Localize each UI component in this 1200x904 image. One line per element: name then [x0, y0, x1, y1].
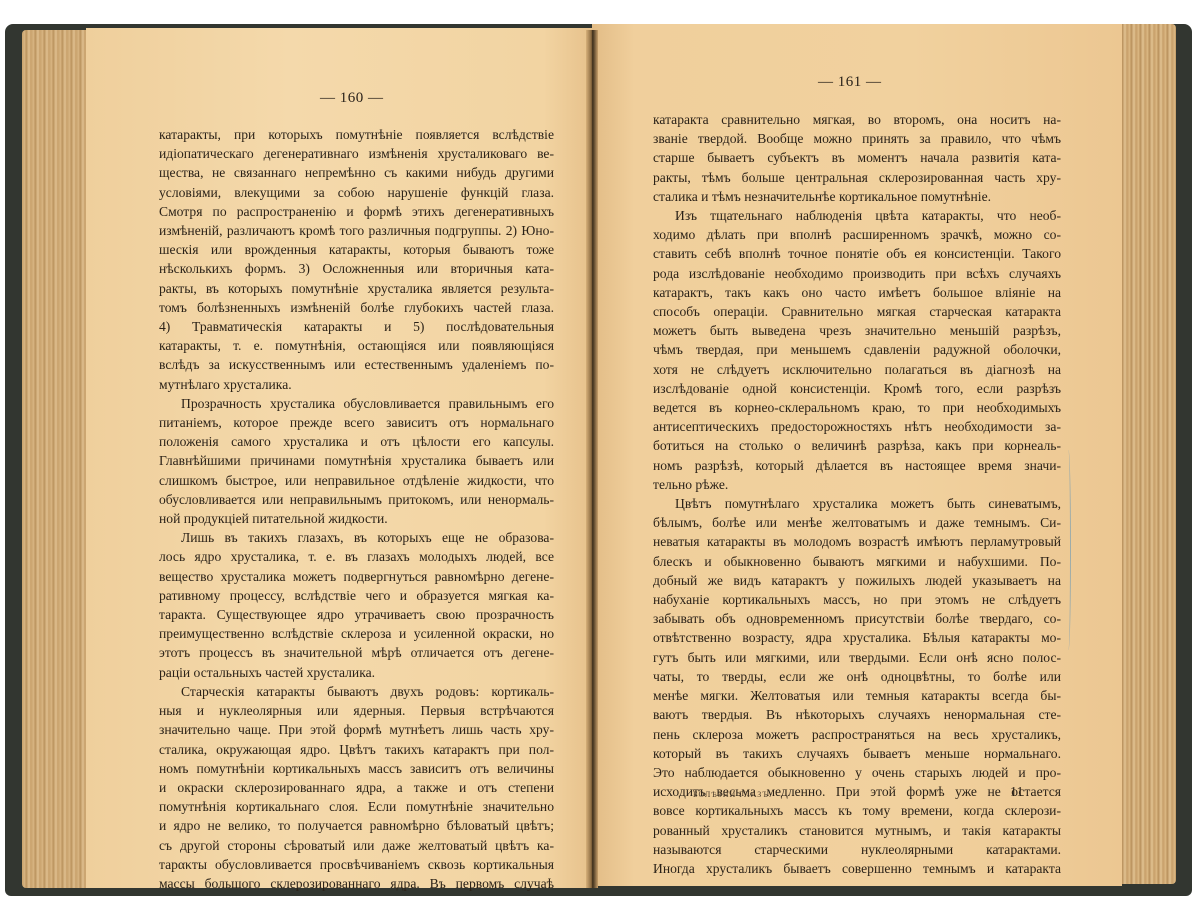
- text-line: старше бываетъ субъектъ въ моментъ начал…: [653, 148, 1061, 167]
- text-line: забывать объ одновременномъ присутствіи …: [653, 609, 1061, 628]
- text-line: гутъ быть или мягкими, или твердыми. Есл…: [653, 648, 1061, 667]
- text-line: рода изслѣдованіе необходимо производить…: [653, 264, 1061, 283]
- text-line: массы большого склерозированнаго ядра. В…: [159, 874, 554, 893]
- text-line: ботиться на столько о величинѣ разрѣза, …: [653, 436, 1061, 455]
- sheet-number: 11: [1010, 785, 1023, 801]
- text-line: и окраски склерозированнаго ядра, а такж…: [159, 778, 554, 797]
- text-line: Главнѣйшими причинами помутнѣнія хрустал…: [159, 451, 554, 470]
- text-line: номъ помутнѣніи кортикальныхъ массъ зави…: [159, 759, 554, 778]
- text-line: Цвѣтъ помутнѣлаго хрусталика можетъ быть…: [653, 494, 1061, 513]
- text-line: слишкомъ быстрое, или неправильное отдѣл…: [159, 471, 554, 490]
- text-line: называются старческими нуклеолярными кат…: [653, 840, 1061, 859]
- text-line: условіями, влекущими за собою нарушеніе …: [159, 183, 554, 202]
- left-page-body: катаракты, при которыхъ помутнѣніе появл…: [159, 125, 554, 893]
- text-line: бѣлымъ, болѣе или менѣе желтоватымъ и да…: [653, 513, 1061, 532]
- text-line: ведется въ корнео-склеральномъ краю, то …: [653, 398, 1061, 417]
- text-line: обусловливается или неправильнымъ приток…: [159, 490, 554, 509]
- text-line: тарακты обусловливается просвѣчиваніемъ …: [159, 855, 554, 874]
- text-line: пень склероза можетъ распространяться на…: [653, 725, 1061, 744]
- text-line: тельно рѣже.: [653, 475, 1061, 494]
- text-line: ныя и нуклеолярныя или ядерныя. Первыя в…: [159, 701, 554, 720]
- text-line: блескъ и обыкновенно бываютъ мягкими и н…: [653, 552, 1061, 571]
- text-line: ративному процессу, вслѣдствіе чего и об…: [159, 586, 554, 605]
- text-line: изслѣдованіе одной консистенціи. Кромѣ т…: [653, 379, 1061, 398]
- text-line: ходимо дѣлать при вполнѣ расширенномъ зр…: [653, 225, 1061, 244]
- text-line: званіе твердой. Вообще можно принять за …: [653, 129, 1061, 148]
- text-line: который въ такихъ случаяхъ бываетъ меньш…: [653, 744, 1061, 763]
- text-line: ставить себѣ вполнѣ точное понятіе объ е…: [653, 244, 1061, 263]
- text-line: катаракты, т. е. помутнѣнія, остающіяся …: [159, 336, 554, 355]
- text-line: Старческія катаракты бываютъ двухъ родов…: [159, 682, 554, 701]
- text-line: Лишь въ такихъ глазахъ, въ которыхъ еще …: [159, 528, 554, 547]
- text-line: набуханіе кортикальныхъ массъ, но при эт…: [653, 590, 1061, 609]
- text-line: менѣе мягки. Желтоватыя или темныя катар…: [653, 686, 1061, 705]
- text-line: идіопатическаго дегенеративнаго измѣнені…: [159, 144, 554, 163]
- text-line: Иногда хрусталикъ бываетъ совершенно тем…: [653, 859, 1061, 878]
- text-line: ракты, въ которыхъ помутнѣніе хрусталика…: [159, 279, 554, 298]
- pencil-margin-mark: [1066, 450, 1071, 650]
- right-page-body: катаракта сравнительно мягкая, во втором…: [653, 110, 1061, 878]
- text-line: и ядро не велико, то получается равномѣр…: [159, 816, 554, 835]
- text-line: добный же видъ катарактъ у пожилыхъ люде…: [653, 571, 1061, 590]
- text-line: положенія самого хрусталика и отъ цѣлост…: [159, 432, 554, 451]
- text-line: питаніемъ, которое прежде всего зависитъ…: [159, 413, 554, 432]
- text-line: ракты, тѣмъ больше центральная склерозир…: [653, 168, 1061, 187]
- text-line: катаракта сравнительно мягкая, во втором…: [653, 110, 1061, 129]
- text-line: вовсе кортикальныхъ массъ къ тому времен…: [653, 801, 1061, 820]
- text-line: помутнѣнія кортикальнаго слоя. Если пому…: [159, 797, 554, 816]
- text-line: измѣненій, различаютъ кромѣ того различн…: [159, 221, 554, 240]
- text-line: Это наблюдается обыкновенно у очень стар…: [653, 763, 1061, 782]
- text-line: Изъ тщательнаго наблюденія цвѣта катарак…: [653, 206, 1061, 225]
- text-line: номъ разрѣзѣ, который дѣлается въ настоя…: [653, 456, 1061, 475]
- text-line: ной продукціей питательной жидкости.: [159, 509, 554, 528]
- text-line: отвѣтственно возрасту, ядра хрусталика. …: [653, 628, 1061, 647]
- text-line: вслѣдъ за искусственнымъ или естественны…: [159, 355, 554, 374]
- text-line: лось ядро хрусталика, т. е. въ глазахъ м…: [159, 547, 554, 566]
- text-line: ваютъ твердыя. Въ нѣкоторыхъ случаяхъ не…: [653, 705, 1061, 724]
- text-line: таракта. Существующее ядро утрачиваетъ с…: [159, 605, 554, 624]
- text-line: щества, не связаннаго непремѣнно съ каки…: [159, 163, 554, 182]
- text-line: способъ операціи. Сравнительно мягкая ст…: [653, 302, 1061, 321]
- text-line: значительно чаще. При этой формѣ мутнѣет…: [159, 720, 554, 739]
- text-line: катаракты, при которыхъ помутнѣніе появл…: [159, 125, 554, 144]
- text-line: чѣмъ твердая, при меньшемъ сдавленіи рад…: [653, 340, 1061, 359]
- text-line: этотъ процессъ въ значительной мѣрѣ отли…: [159, 643, 554, 662]
- text-line: хотя не слѣдуетъ исключительно полагатьс…: [653, 360, 1061, 379]
- right-page-number: — 161 —: [818, 74, 882, 91]
- right-page-edges: [1118, 24, 1176, 884]
- text-line: сталика и тѣмъ незначительнѣе кортикальн…: [653, 187, 1061, 206]
- text-line: неватыя катаракты въ молодомъ возрастѣ и…: [653, 532, 1061, 551]
- text-line: 4) Травматическія катаракты и 5) послѣдо…: [159, 317, 554, 336]
- text-line: катарактъ, такъ какъ оно часто имѣетъ бо…: [653, 283, 1061, 302]
- text-line: Смотря по распространенію и формѣ этихъ …: [159, 202, 554, 221]
- text-line: шескія или врожденныя катаракты, которыя…: [159, 240, 554, 259]
- text-line: вещество хрусталика можетъ подвергнуться…: [159, 567, 554, 586]
- text-line: сталика, окружающая ядро. Цвѣтъ такихъ к…: [159, 740, 554, 759]
- text-line: антисептическихъ предосторожностяхъ нѣтъ…: [653, 417, 1061, 436]
- left-page-edges: [22, 30, 90, 888]
- text-line: нѣсколькихъ формъ. 3) Осложненныя или вт…: [159, 259, 554, 278]
- left-page-number: — 160 —: [320, 90, 384, 107]
- text-line: Прозрачность хрусталика обусловливается …: [159, 394, 554, 413]
- text-line: рованный хрусталикъ становится мутнымъ, …: [653, 821, 1061, 840]
- text-line: раціи остальныхъ частей хрусталика.: [159, 663, 554, 682]
- text-line: чаты, то тверды, если же онѣ одноцвѣтны,…: [653, 667, 1061, 686]
- signature-mark: БОЛѢЗНИ ГЛАЗЪ.: [693, 790, 772, 799]
- text-line: можетъ быть выведена чрезъ значительно м…: [653, 321, 1061, 340]
- text-line: томъ болѣзненныхъ измѣненій болѣе глубок…: [159, 298, 554, 317]
- text-line: мутнѣлаго хрусталика.: [159, 375, 554, 394]
- text-line: съ другой стороны сѣроватый или даже жел…: [159, 836, 554, 855]
- book-gutter: [586, 30, 598, 888]
- text-line: преимущественно вслѣдствіе склероза и ус…: [159, 624, 554, 643]
